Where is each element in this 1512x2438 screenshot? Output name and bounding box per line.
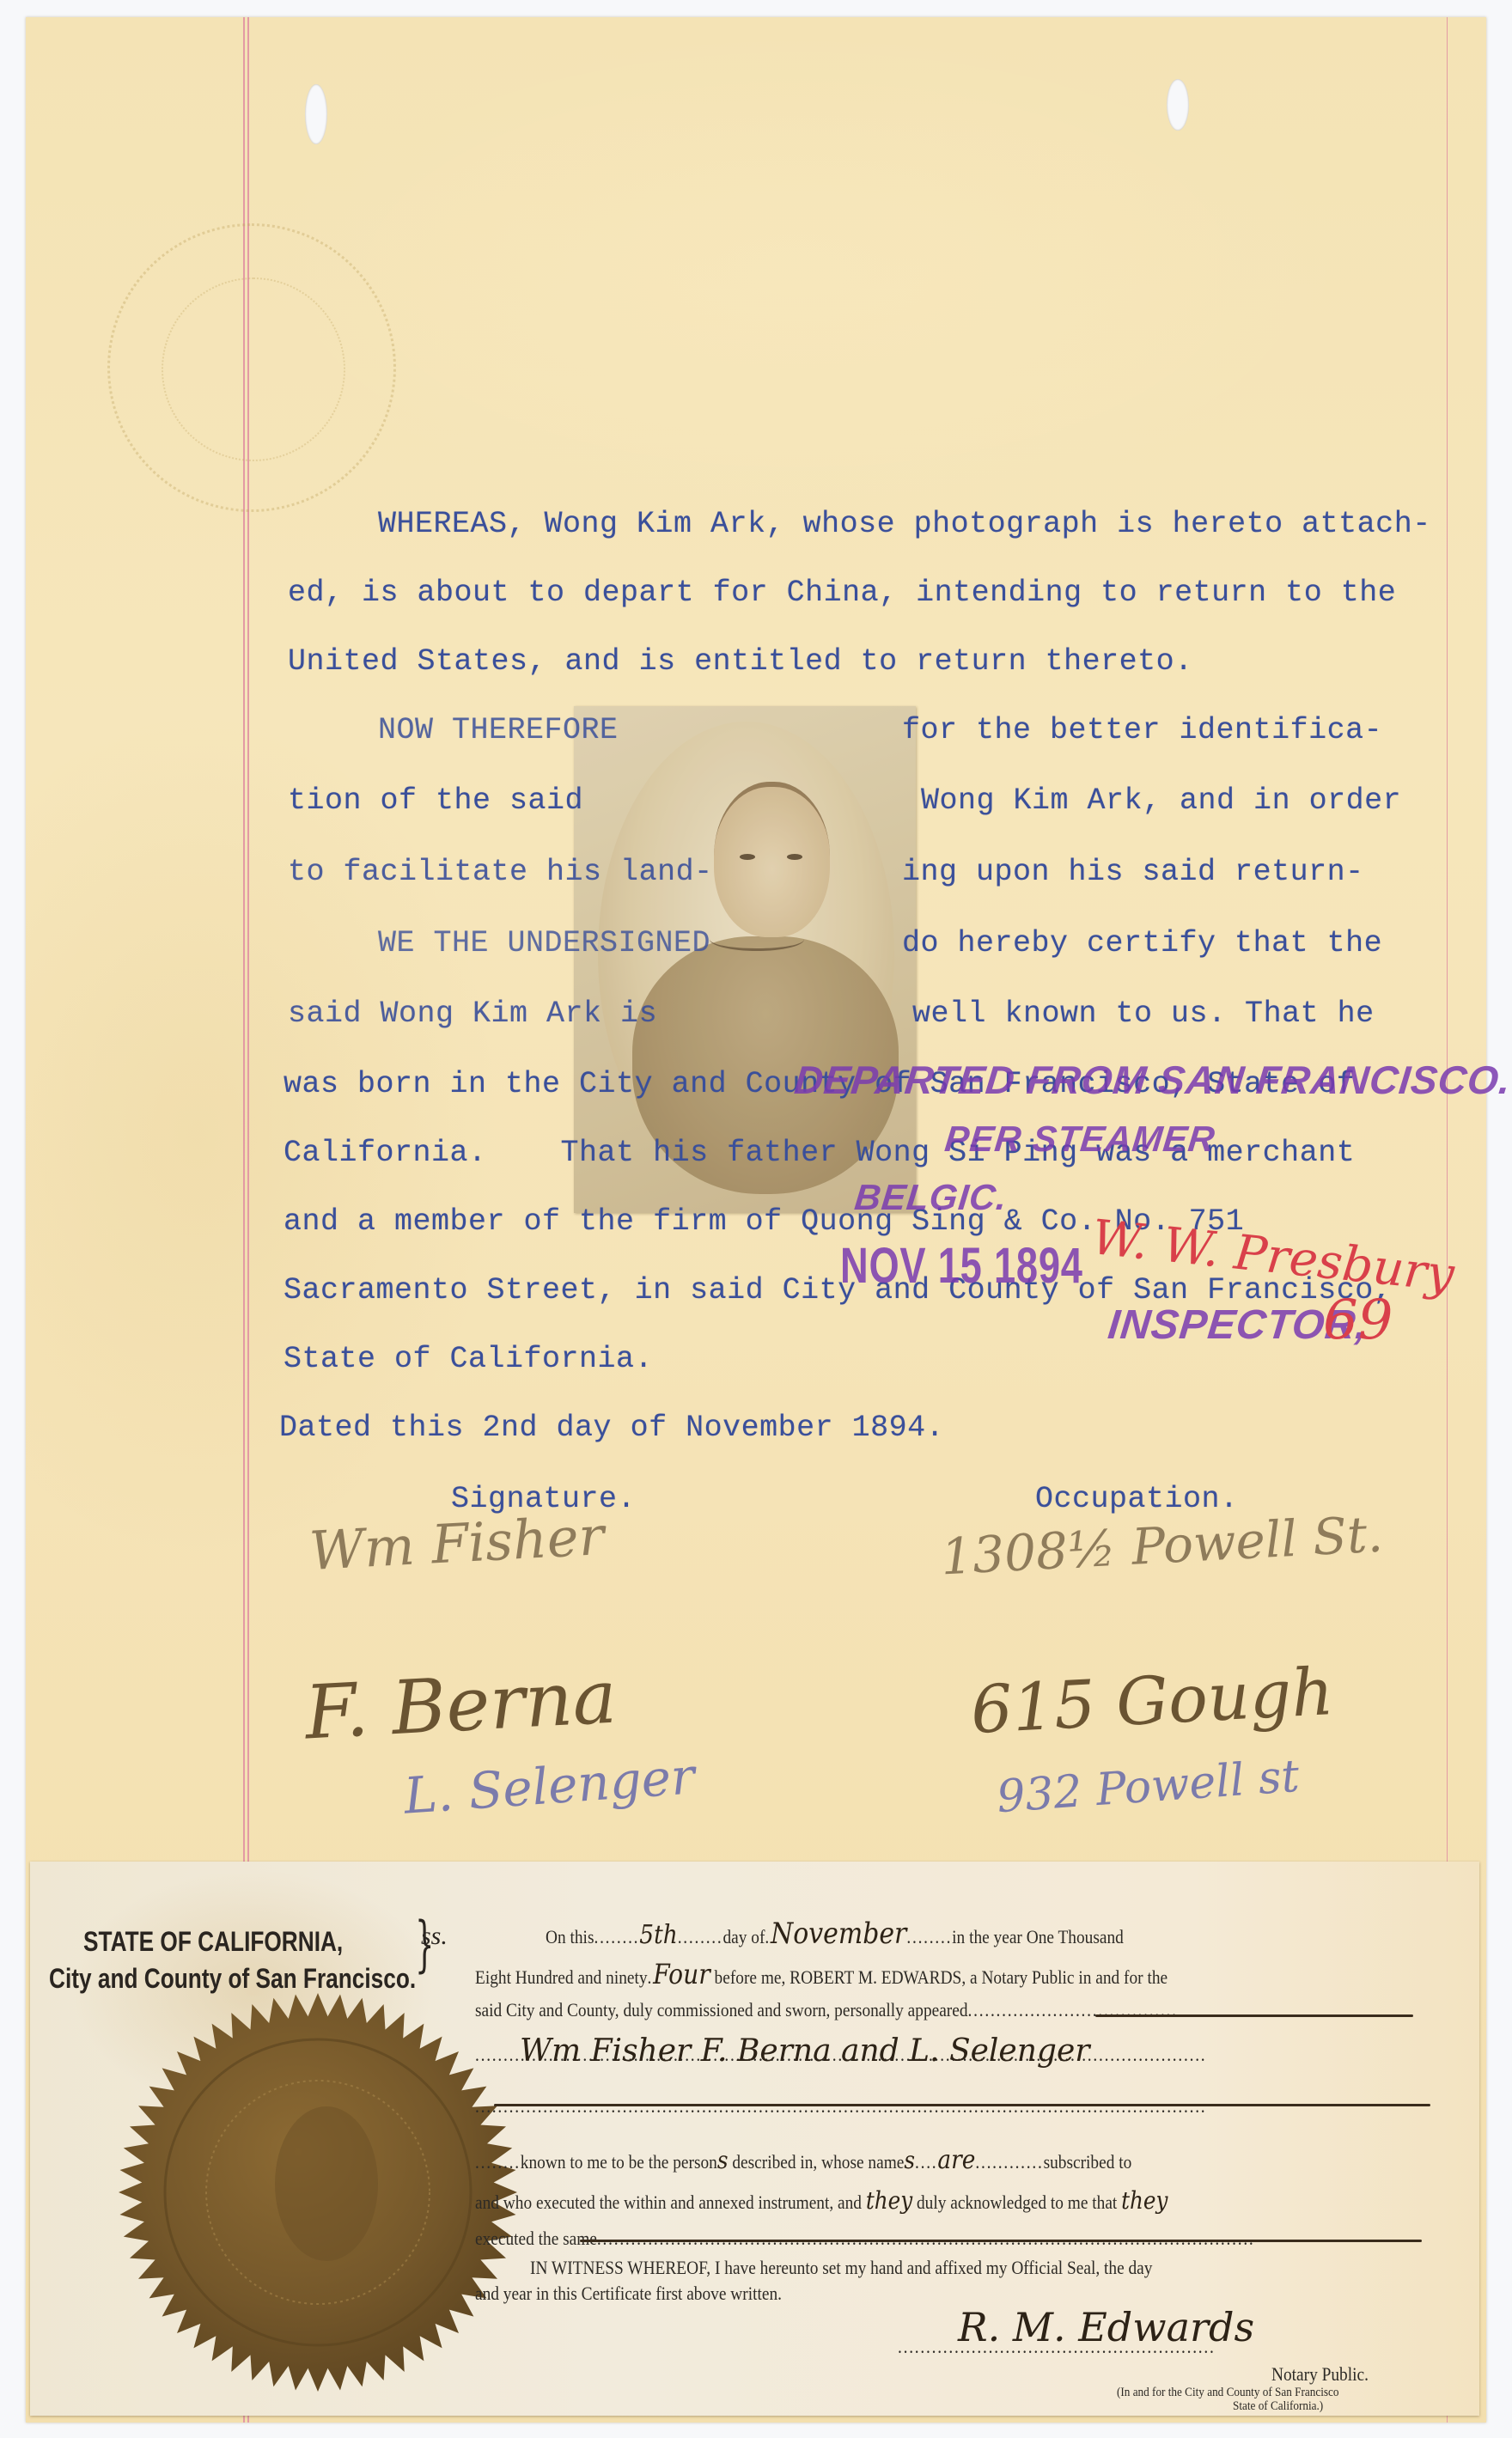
notary-gold-seal bbox=[116, 1990, 520, 2394]
punch-hole-left bbox=[305, 84, 327, 144]
split-right-3: ing upon his said return- bbox=[902, 855, 1364, 889]
photo-subject-collar bbox=[710, 928, 804, 951]
inspector-number-red-ink: 69 bbox=[1323, 1289, 1393, 1352]
split-left-4: WE THE UNDERSIGNED bbox=[378, 926, 710, 960]
photo-subject-head bbox=[714, 782, 830, 937]
notary-line-6: and who executed the within and annexed … bbox=[475, 2186, 1168, 2215]
notary-line-1: On this........5th........day of.Novembe… bbox=[546, 1917, 1124, 1951]
stamp-per-steamer: PER STEAMER bbox=[942, 1118, 1216, 1160]
body-line-3: United States, and is entitled to return… bbox=[288, 644, 1193, 679]
notary-line-2: Eight Hundred and ninety.Four before me,… bbox=[475, 1958, 1168, 1990]
notary-line-5: ........known to me to be the persons de… bbox=[475, 2145, 1131, 2175]
notary-line-blank: ........................................… bbox=[475, 2095, 1206, 2118]
jurisdiction-state: STATE OF CALIFORNIA, bbox=[83, 1926, 343, 1958]
split-left-1: NOW THEREFORE bbox=[378, 713, 619, 747]
notary-line-7: executed the same.......................… bbox=[475, 2228, 1255, 2250]
split-left-5: said Wong Kim Ark is bbox=[288, 997, 657, 1031]
signature-f-berna: F. Berna bbox=[303, 1655, 619, 1757]
torn-top-edge bbox=[26, 10, 1486, 26]
punch-hole-right bbox=[1167, 79, 1189, 131]
witness-line-2: and year in this Certificate first above… bbox=[475, 2283, 782, 2305]
handwritten-month: November bbox=[771, 1917, 906, 1951]
stamp-departed-from-san-francisco: DEPARTED FROM SAN FRANCISCO. bbox=[792, 1057, 1512, 1103]
split-right-5: well known to us. That he bbox=[912, 997, 1375, 1031]
split-right-4: do hereby certify that the bbox=[902, 926, 1382, 960]
embossed-seal-ghost bbox=[107, 223, 396, 512]
stamp-ship-belgic: BELGIC. bbox=[852, 1177, 1009, 1218]
witness-line-1: IN WITNESS WHEREOF, I have hereunto set … bbox=[530, 2257, 1152, 2279]
stamp-date-nov-15-1894: NOV 15 1894 bbox=[840, 1237, 1083, 1295]
notary-jurisdiction-sub-2: State of California.) bbox=[1233, 2399, 1323, 2414]
strike-line-2 bbox=[494, 2104, 1430, 2106]
handwritten-are: are bbox=[937, 2145, 975, 2175]
handwritten-day: 5th bbox=[639, 1920, 677, 1950]
ss-abbreviation: ss. bbox=[421, 1922, 448, 1951]
split-left-2: tion of the said bbox=[288, 783, 583, 818]
handwritten-appeared-names: Wm Fisher F. Berna and L. Selenger bbox=[520, 2033, 1089, 2069]
dated-line: Dated this 2nd day of November 1894. bbox=[279, 1411, 944, 1445]
notary-jurisdiction-sub-1: (In and for the City and County of San F… bbox=[1117, 2386, 1338, 2400]
notary-signature-r-m-edwards: R. M. Edwards bbox=[958, 2304, 1254, 2350]
split-right-1: for the better identifica- bbox=[902, 713, 1382, 747]
split-left-3: to facilitate his land- bbox=[288, 855, 713, 889]
strike-line-3 bbox=[580, 2240, 1422, 2242]
body-line-2: ed, is about to depart for China, intend… bbox=[288, 576, 1396, 610]
lower-line-5: State of California. bbox=[283, 1342, 653, 1376]
split-right-2: Wong Kim Ark, and in order bbox=[921, 783, 1401, 818]
strike-line bbox=[1095, 2014, 1413, 2017]
notary-line-3: said City and County, duly commissioned … bbox=[475, 1999, 1178, 2021]
body-line-1: WHEREAS, Wong Kim Ark, whose photograph … bbox=[378, 507, 1431, 541]
handwritten-year: Four bbox=[653, 1958, 710, 1990]
notary-acknowledgment-slip: STATE OF CALIFORNIA, City and County of … bbox=[30, 1862, 1479, 2416]
notary-public-title: Notary Public. bbox=[1271, 2363, 1369, 2386]
occupation-column-header: Occupation. bbox=[1035, 1482, 1239, 1516]
